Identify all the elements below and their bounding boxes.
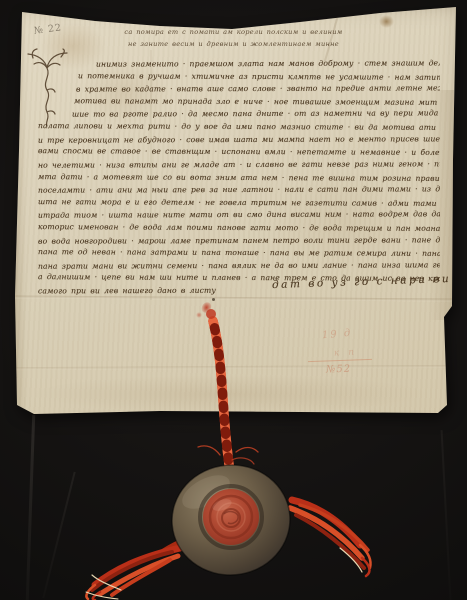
seal-red-center [203, 489, 259, 545]
seal-assembly [0, 0, 467, 600]
left-tassel [86, 540, 185, 600]
charter-photograph: 498 № 22 са помира ет с помати ам корели… [0, 0, 467, 600]
wax-seal [167, 460, 294, 580]
seal-cord [198, 309, 258, 472]
right-tassel [290, 500, 371, 576]
